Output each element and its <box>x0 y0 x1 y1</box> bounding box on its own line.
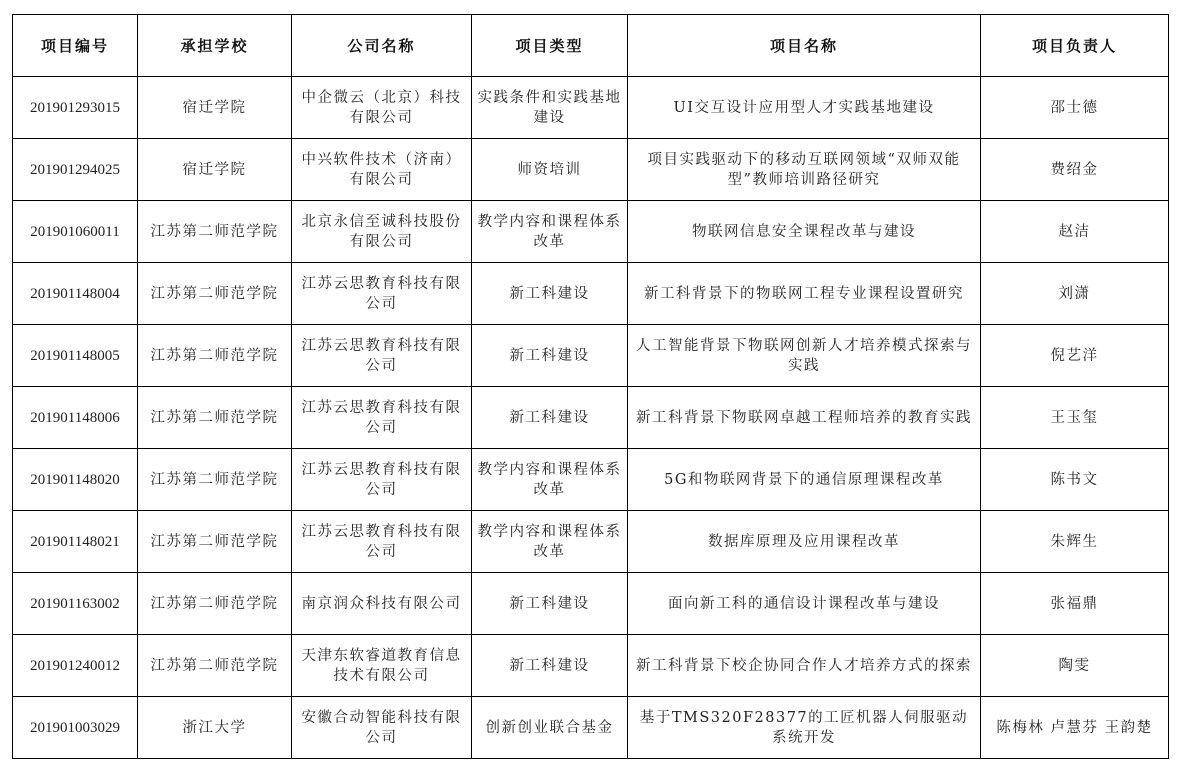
cell-project-leader: 朱辉生 <box>981 511 1169 573</box>
cell-project-id: 201901148021 <box>13 511 138 573</box>
cell-school: 宿迁学院 <box>138 139 292 201</box>
table-row: 201901148020 江苏第二师范学院 江苏云思教育科技有限公司 教学内容和… <box>13 449 1169 511</box>
cell-project-name: 新工科背景下物联网卓越工程师培养的教育实践 <box>628 387 981 449</box>
cell-project-leader: 张福鼎 <box>981 573 1169 635</box>
table-row: 201901240012 江苏第二师范学院 天津东软睿道教育信息技术有限公司 新… <box>13 635 1169 697</box>
cell-school: 江苏第二师范学院 <box>138 387 292 449</box>
cell-project-type: 创新创业联合基金 <box>472 697 628 759</box>
table-row: 201901003029 浙江大学 安徽合动智能科技有限公司 创新创业联合基金 … <box>13 697 1169 759</box>
cell-company: 中兴软件技术（济南）有限公司 <box>292 139 472 201</box>
table-row: 201901148021 江苏第二师范学院 江苏云思教育科技有限公司 教学内容和… <box>13 511 1169 573</box>
cell-project-name: 数据库原理及应用课程改革 <box>628 511 981 573</box>
cell-project-leader: 陈梅林 卢慧芬 王韵楚 <box>981 697 1169 759</box>
cell-project-id: 201901003029 <box>13 697 138 759</box>
cell-project-leader: 王玉玺 <box>981 387 1169 449</box>
cell-project-name: 新工科背景下校企协同合作人才培养方式的探索 <box>628 635 981 697</box>
cell-project-name: 物联网信息安全课程改革与建设 <box>628 201 981 263</box>
cell-project-type: 教学内容和课程体系改革 <box>472 449 628 511</box>
cell-company: 江苏云思教育科技有限公司 <box>292 449 472 511</box>
cell-project-type: 教学内容和课程体系改革 <box>472 201 628 263</box>
cell-project-type: 新工科建设 <box>472 573 628 635</box>
table-row: 201901148005 江苏第二师范学院 江苏云思教育科技有限公司 新工科建设… <box>13 325 1169 387</box>
cell-company: 江苏云思教育科技有限公司 <box>292 387 472 449</box>
cell-project-type: 教学内容和课程体系改革 <box>472 511 628 573</box>
cell-project-id: 201901060011 <box>13 201 138 263</box>
cell-school: 江苏第二师范学院 <box>138 573 292 635</box>
cell-project-name: 面向新工科的通信设计课程改革与建设 <box>628 573 981 635</box>
table-row: 201901163002 江苏第二师范学院 南京润众科技有限公司 新工科建设 面… <box>13 573 1169 635</box>
cell-company: 江苏云思教育科技有限公司 <box>292 325 472 387</box>
cell-project-type: 实践条件和实践基地建设 <box>472 77 628 139</box>
cell-project-leader: 邵士德 <box>981 77 1169 139</box>
table-header-row: 项目编号 承担学校 公司名称 项目类型 项目名称 项目负责人 <box>13 15 1169 77</box>
header-school: 承担学校 <box>138 15 292 77</box>
cell-project-name: UI交互设计应用型人才实践基地建设 <box>628 77 981 139</box>
cell-company: 南京润众科技有限公司 <box>292 573 472 635</box>
cell-company: 北京永信至诚科技股份有限公司 <box>292 201 472 263</box>
cell-school: 江苏第二师范学院 <box>138 511 292 573</box>
cell-project-leader: 赵洁 <box>981 201 1169 263</box>
table-row: 201901148004 江苏第二师范学院 江苏云思教育科技有限公司 新工科建设… <box>13 263 1169 325</box>
header-project-name: 项目名称 <box>628 15 981 77</box>
cell-project-name: 新工科背景下的物联网工程专业课程设置研究 <box>628 263 981 325</box>
header-project-id: 项目编号 <box>13 15 138 77</box>
cell-company: 天津东软睿道教育信息技术有限公司 <box>292 635 472 697</box>
cell-project-id: 201901240012 <box>13 635 138 697</box>
project-table-container: 项目编号 承担学校 公司名称 项目类型 项目名称 项目负责人 201901293… <box>12 14 1169 759</box>
cell-project-leader: 陈书文 <box>981 449 1169 511</box>
cell-company: 安徽合动智能科技有限公司 <box>292 697 472 759</box>
cell-school: 江苏第二师范学院 <box>138 201 292 263</box>
cell-company: 中企微云（北京）科技有限公司 <box>292 77 472 139</box>
cell-project-id: 201901293015 <box>13 77 138 139</box>
cell-project-id: 201901148004 <box>13 263 138 325</box>
project-table: 项目编号 承担学校 公司名称 项目类型 项目名称 项目负责人 201901293… <box>12 14 1169 759</box>
cell-project-type: 新工科建设 <box>472 635 628 697</box>
cell-project-leader: 陶雯 <box>981 635 1169 697</box>
cell-company: 江苏云思教育科技有限公司 <box>292 511 472 573</box>
cell-project-leader: 费绍金 <box>981 139 1169 201</box>
cell-school: 江苏第二师范学院 <box>138 263 292 325</box>
cell-school: 浙江大学 <box>138 697 292 759</box>
table-row: 201901148006 江苏第二师范学院 江苏云思教育科技有限公司 新工科建设… <box>13 387 1169 449</box>
cell-project-id: 201901148005 <box>13 325 138 387</box>
header-project-leader: 项目负责人 <box>981 15 1169 77</box>
cell-project-id: 201901294025 <box>13 139 138 201</box>
cell-project-id: 201901148020 <box>13 449 138 511</box>
header-project-type: 项目类型 <box>472 15 628 77</box>
cell-project-name: 基于TMS320F28377的工匠机器人伺服驱动系统开发 <box>628 697 981 759</box>
cell-school: 宿迁学院 <box>138 77 292 139</box>
cell-school: 江苏第二师范学院 <box>138 635 292 697</box>
cell-school: 江苏第二师范学院 <box>138 325 292 387</box>
cell-project-leader: 刘潇 <box>981 263 1169 325</box>
cell-project-type: 新工科建设 <box>472 263 628 325</box>
cell-project-id: 201901148006 <box>13 387 138 449</box>
cell-company: 江苏云思教育科技有限公司 <box>292 263 472 325</box>
table-row: 201901060011 江苏第二师范学院 北京永信至诚科技股份有限公司 教学内… <box>13 201 1169 263</box>
cell-project-type: 新工科建设 <box>472 325 628 387</box>
cell-project-type: 师资培训 <box>472 139 628 201</box>
cell-project-name: 项目实践驱动下的移动互联网领域“双师双能型”教师培训路径研究 <box>628 139 981 201</box>
cell-project-type: 新工科建设 <box>472 387 628 449</box>
cell-project-name: 人工智能背景下物联网创新人才培养模式探索与实践 <box>628 325 981 387</box>
cell-project-id: 201901163002 <box>13 573 138 635</box>
cell-project-name: 5G和物联网背景下的通信原理课程改革 <box>628 449 981 511</box>
cell-school: 江苏第二师范学院 <box>138 449 292 511</box>
table-row: 201901293015 宿迁学院 中企微云（北京）科技有限公司 实践条件和实践… <box>13 77 1169 139</box>
cell-project-leader: 倪艺洋 <box>981 325 1169 387</box>
header-company: 公司名称 <box>292 15 472 77</box>
table-row: 201901294025 宿迁学院 中兴软件技术（济南）有限公司 师资培训 项目… <box>13 139 1169 201</box>
